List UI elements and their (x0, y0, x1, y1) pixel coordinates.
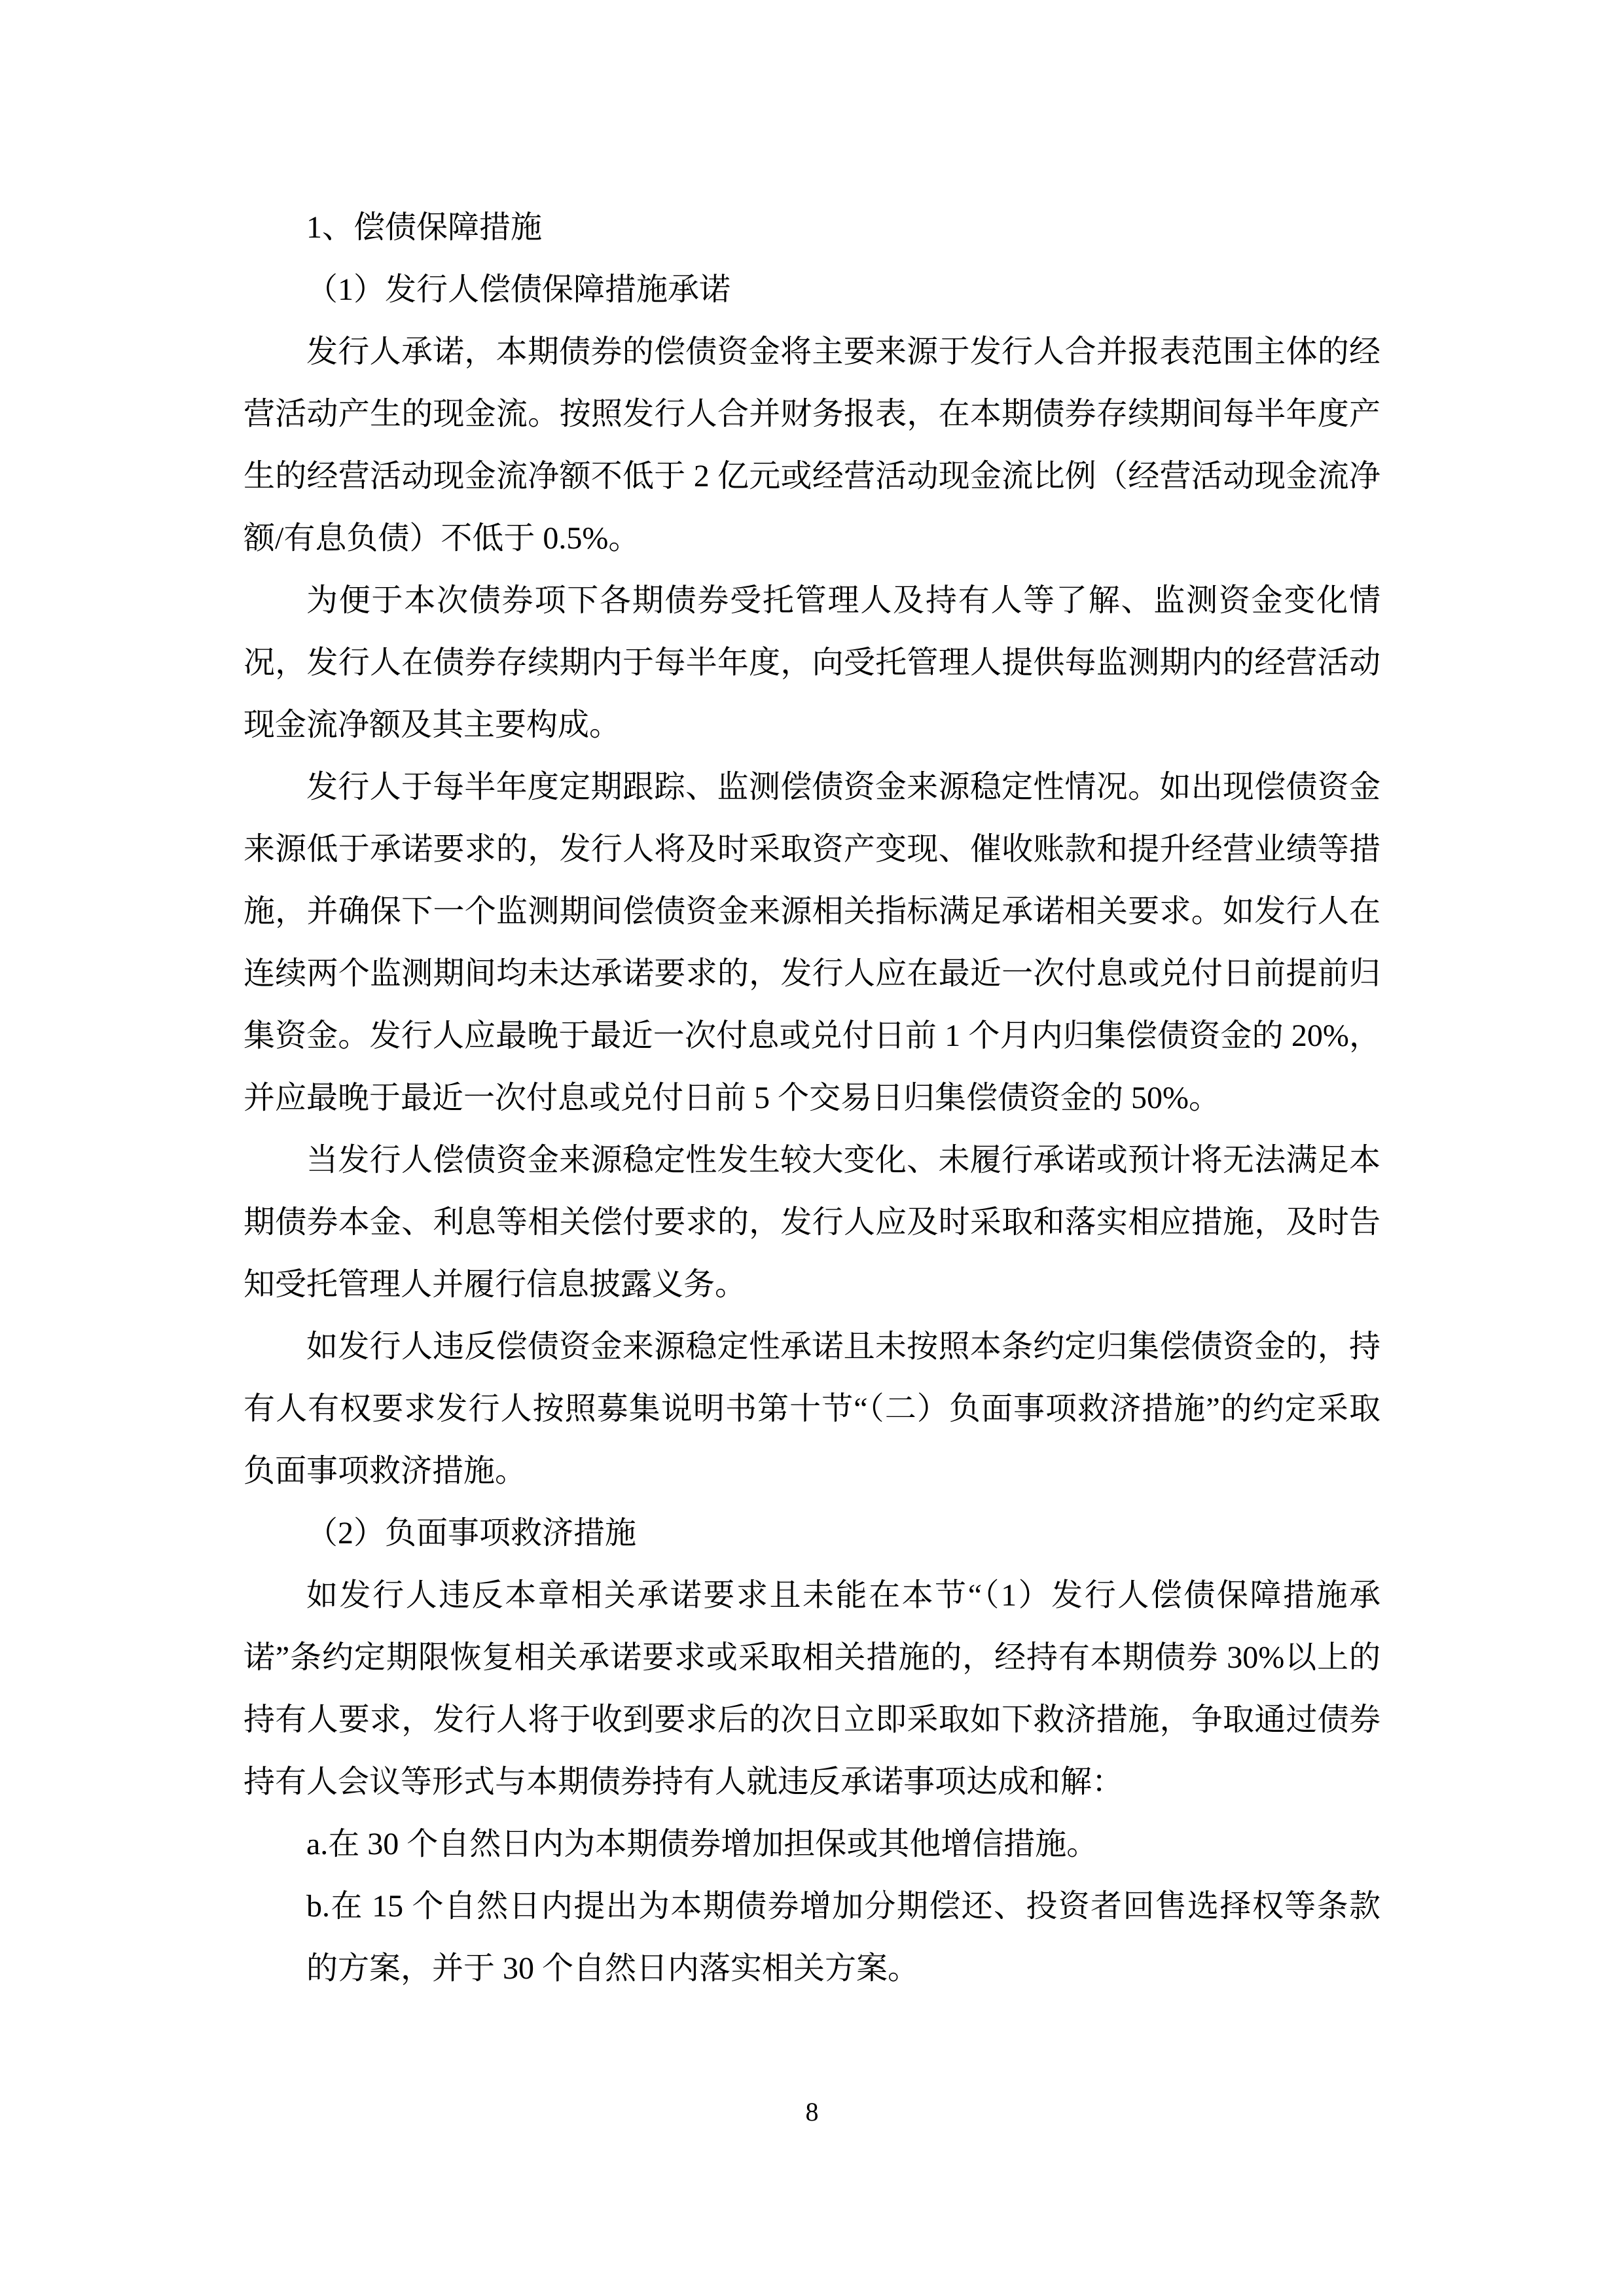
section-heading: （1）发行人偿债保障措施承诺 (244, 259, 1380, 321)
page-number: 8 (0, 2096, 1624, 2128)
paragraph: 如发行人违反本章相关承诺要求且未能在本节“（1）发行人偿债保障措施承诺”条约定期… (244, 1564, 1380, 1813)
paragraph: 当发行人偿债资金来源稳定性发生较大变化、未履行承诺或预计将无法满足本期债券本金、… (244, 1129, 1380, 1316)
paragraph: 发行人承诺，本期债券的偿债资金将主要来源于发行人合并报表范围主体的经营活动产生的… (244, 321, 1380, 569)
list-item-paragraph: b.在 15 个自然日内提出为本期债券增加分期偿还、投资者回售选择权等条款的方案… (244, 1875, 1380, 2000)
list-item-paragraph: a.在 30 个自然日内为本期债券增加担保或其他增信措施。 (244, 1813, 1380, 1875)
paragraph: 发行人于每半年度定期跟踪、监测偿债资金来源稳定性情况。如出现偿债资金来源低于承诺… (244, 756, 1380, 1129)
paragraph: 如发行人违反偿债资金来源稳定性承诺且未按照本条约定归集偿债资金的，持有人有权要求… (244, 1316, 1380, 1502)
section-heading: 1、偿债保障措施 (244, 196, 1380, 259)
document-page: 1、偿债保障措施（1）发行人偿债保障措施承诺发行人承诺，本期债券的偿债资金将主要… (0, 0, 1624, 2296)
section-heading: （2）负面事项救济措施 (244, 1502, 1380, 1564)
text-block: 1、偿债保障措施（1）发行人偿债保障措施承诺发行人承诺，本期债券的偿债资金将主要… (244, 196, 1380, 2000)
paragraph: 为便于本次债券项下各期债券受托管理人及持有人等了解、监测资金变化情况，发行人在债… (244, 569, 1380, 756)
